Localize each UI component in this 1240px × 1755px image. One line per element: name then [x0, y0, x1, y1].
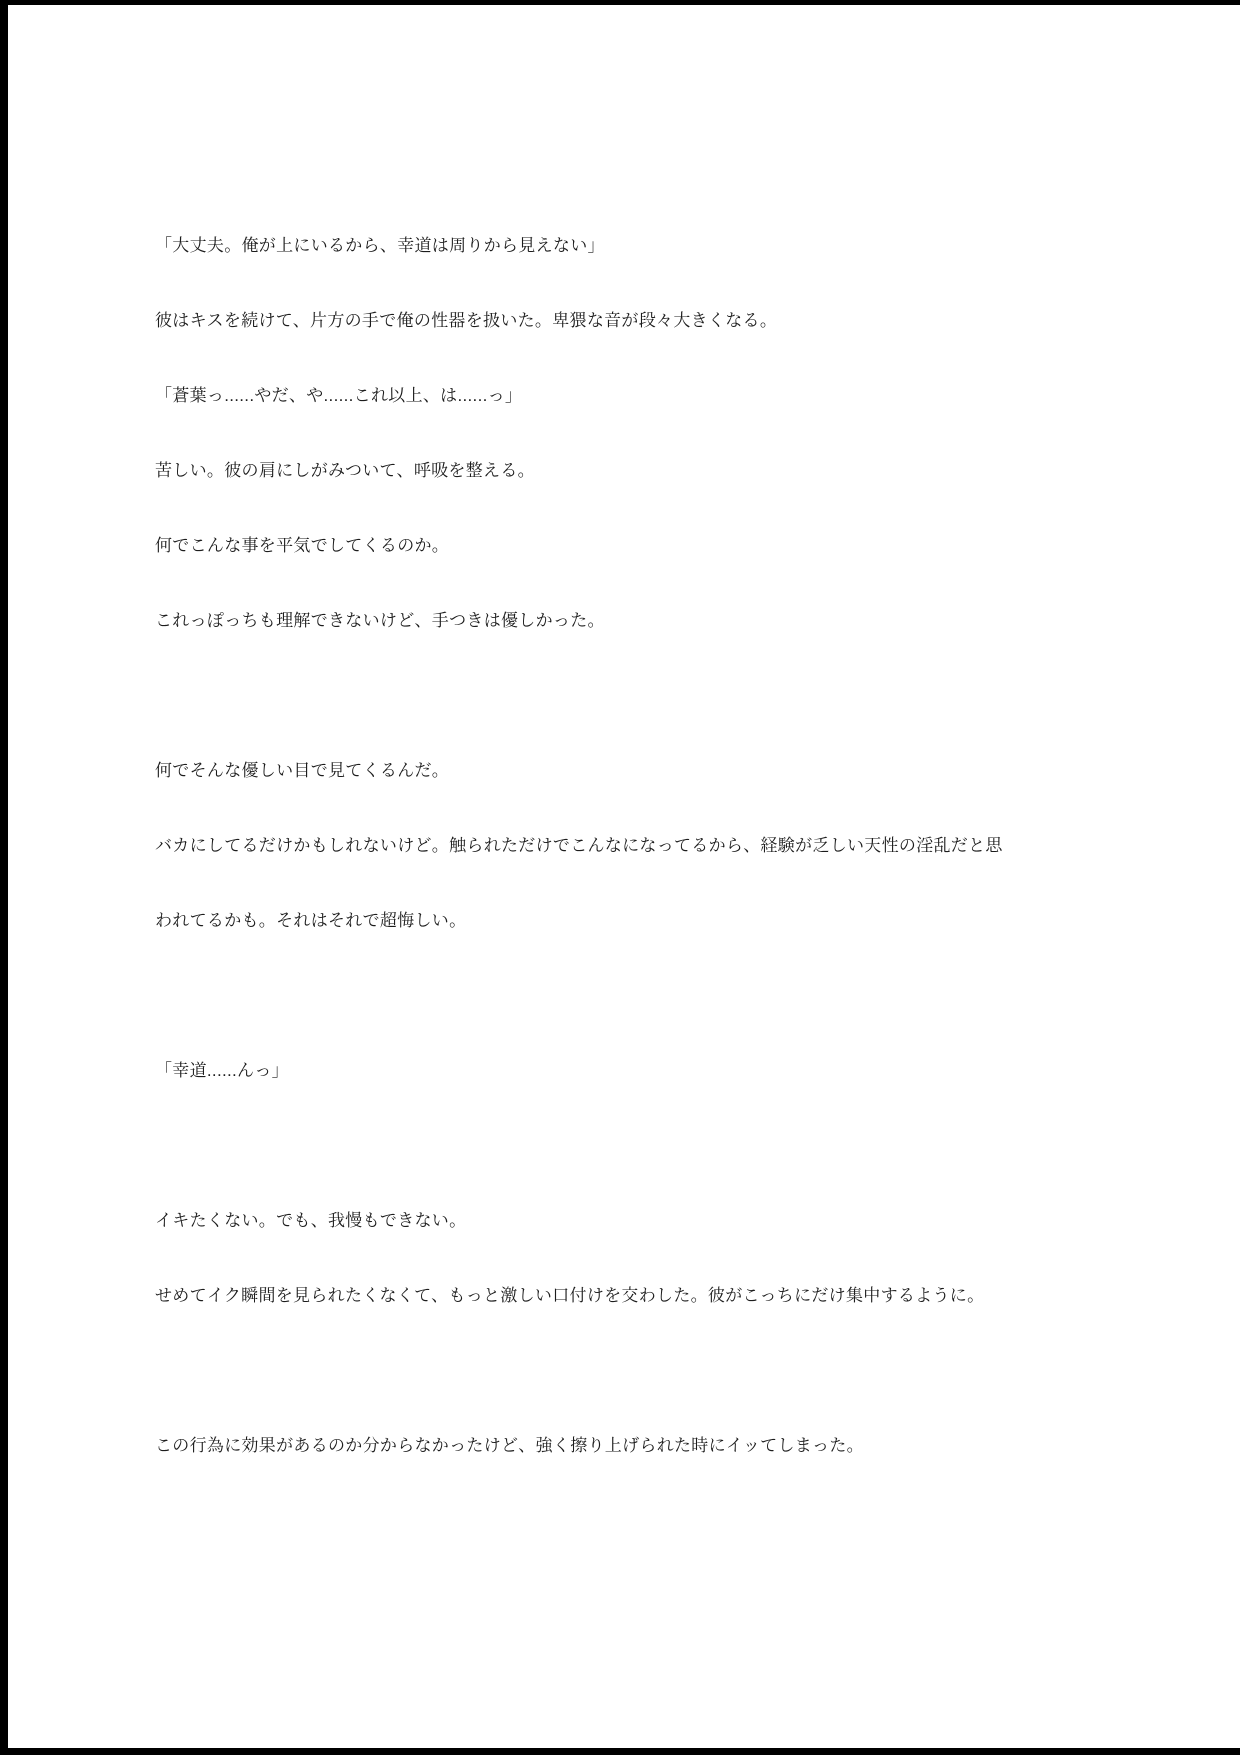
text-line: 「大丈夫。俺が上にいるから、幸道は周りから見えない」 — [155, 208, 1190, 283]
scan-edge-top — [0, 0, 1240, 5]
scan-edge-left — [0, 0, 8, 1755]
text-line: 「蒼葉っ......やだ、や......これ以上、は......っ」 — [155, 358, 1190, 433]
text-line: バカにしてるだけかもしれないけど。触られただけでこんなになってるから、経験が乏し… — [155, 808, 1190, 883]
text-line: われてるかも。それはそれで超悔しい。 — [155, 883, 1190, 958]
blank-line — [155, 658, 1190, 733]
blank-line — [155, 1333, 1190, 1408]
blank-line — [155, 958, 1190, 1033]
blank-line — [155, 1108, 1190, 1183]
document-body: 「大丈夫。俺が上にいるから、幸道は周りから見えない」彼はキスを続けて、片方の手で… — [155, 208, 1190, 1483]
text-line: 何でこんな事を平気でしてくるのか。 — [155, 508, 1190, 583]
text-line: 「幸道......んっ」 — [155, 1033, 1190, 1108]
text-line: せめてイク瞬間を見られたくなくて、もっと激しい口付けを交わした。彼がこっちにだけ… — [155, 1258, 1190, 1333]
text-line: 何でそんな優しい目で見てくるんだ。 — [155, 733, 1190, 808]
text-line: 苦しい。彼の肩にしがみついて、呼吸を整える。 — [155, 433, 1190, 508]
text-line: これっぽっちも理解できないけど、手つきは優しかった。 — [155, 583, 1190, 658]
scan-edge-bottom — [0, 1748, 1240, 1755]
text-line: イキたくない。でも、我慢もできない。 — [155, 1183, 1190, 1258]
text-line: 彼はキスを続けて、片方の手で俺の性器を扱いた。卑猥な音が段々大きくなる。 — [155, 283, 1190, 358]
text-line: この行為に効果があるのか分からなかったけど、強く擦り上げられた時にイッてしまった… — [155, 1408, 1190, 1483]
